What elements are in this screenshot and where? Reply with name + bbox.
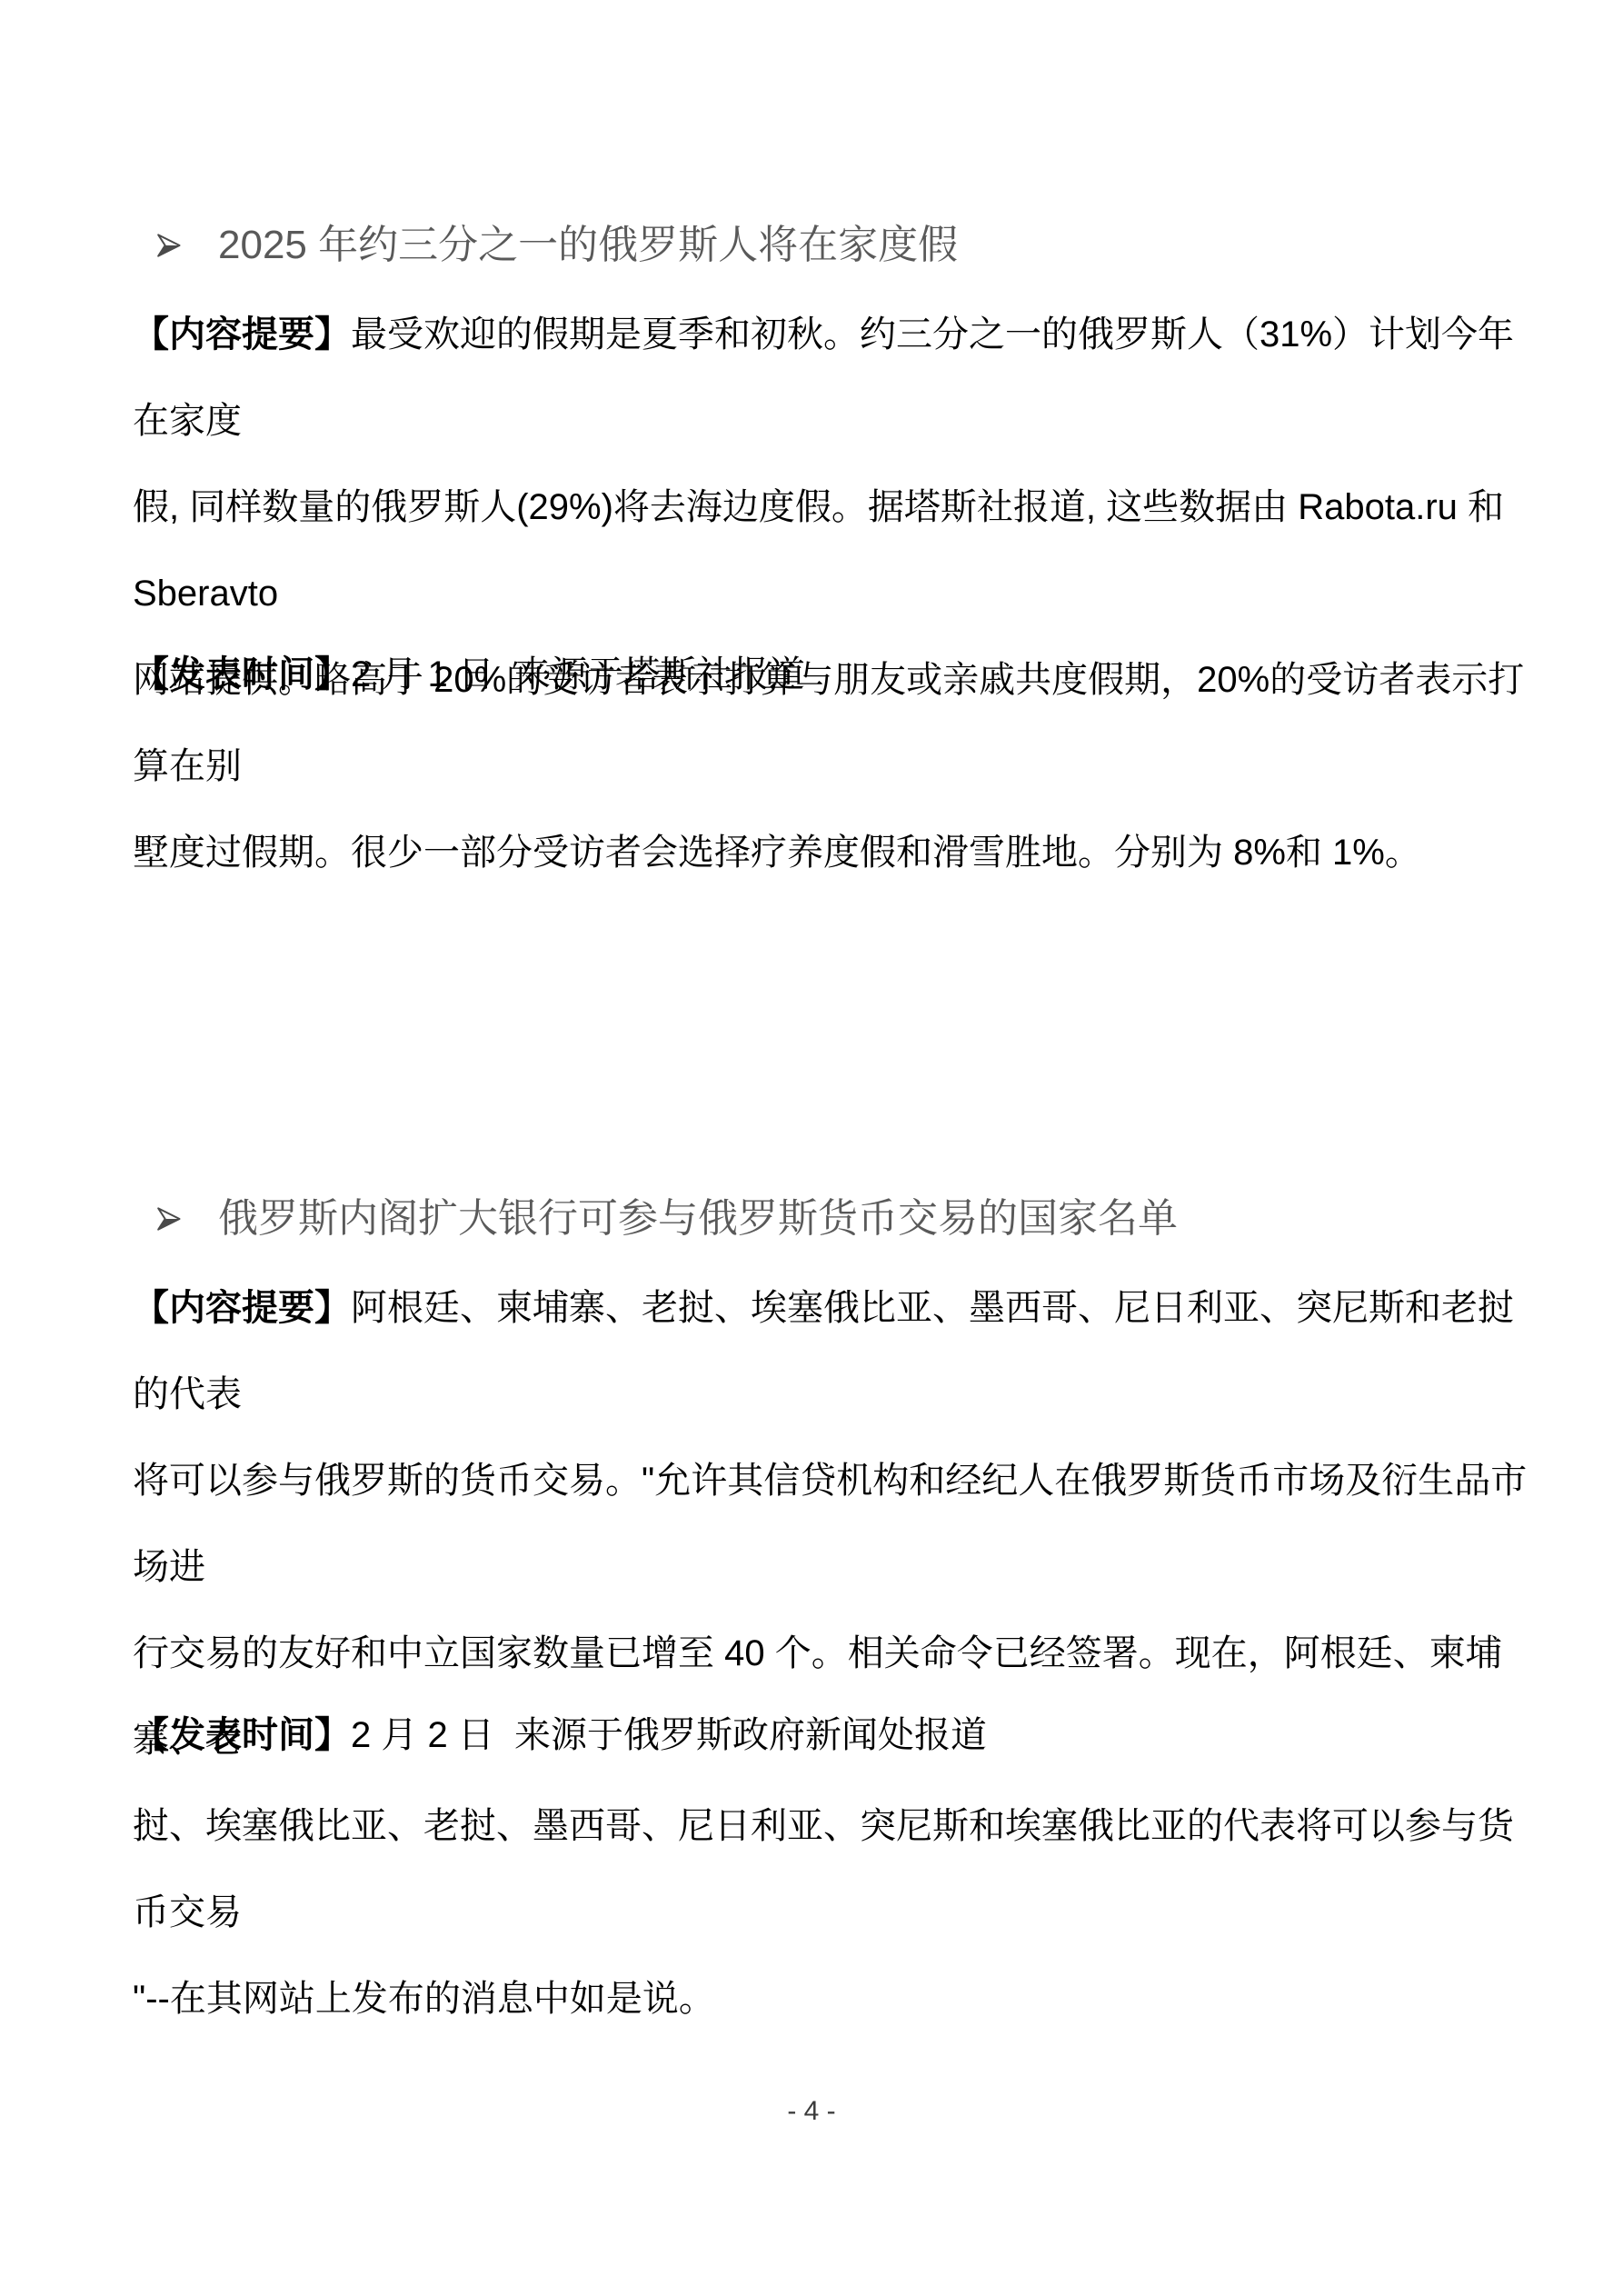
section-heading-text: 俄罗斯内阁扩大银行可参与俄罗斯货币交易的国家名单 — [218, 1193, 1178, 1243]
section-heading-2: 俄罗斯内阁扩大银行可参与俄罗斯货币交易的国家名单 — [133, 1193, 1525, 1243]
page-number: - 4 - — [0, 2095, 1623, 2128]
publish-label: 【发表时间】 — [133, 654, 351, 694]
section-heading-1: 2025 年约三分之一的俄罗斯人将在家度假 — [133, 220, 1525, 270]
publish-text: 2 月 1 日 来源于塔斯社报道 — [351, 654, 805, 694]
summary-paragraph: 【内容提要】最受欢迎的假期是夏季和初秋。约三分之一的俄罗斯人（31%）计划今年在… — [133, 292, 1528, 896]
publish-label: 【发表时间】 — [133, 1715, 351, 1755]
document-page: 2025 年约三分之一的俄罗斯人将在家度假 【内容提要】最受欢迎的假期是夏季和初… — [0, 0, 1623, 2296]
summary-body: 最受欢迎的假期是夏季和初秋。约三分之一的俄罗斯人（31%）计划今年在家度 假, … — [133, 314, 1524, 873]
arrow-bullet-icon — [154, 232, 182, 259]
publish-text: 2 月 2 日 来源于俄罗斯政府新闻处报道 — [351, 1715, 987, 1755]
summary-label: 【内容提要】 — [133, 1288, 351, 1328]
summary-body: 阿根廷、柬埔寨、老挝、埃塞俄比亚、墨西哥、尼日利亚、突尼斯和老挝的代表 将可以参… — [133, 1288, 1527, 2019]
summary-label: 【内容提要】 — [133, 314, 351, 354]
summary-paragraph: 【内容提要】阿根廷、柬埔寨、老挝、埃塞俄比亚、墨西哥、尼日利亚、突尼斯和老挝的代… — [133, 1265, 1528, 2042]
publish-line: 【发表时间】2 月 1 日 来源于塔斯社报道 — [133, 632, 1528, 718]
arrow-bullet-icon — [154, 1205, 182, 1233]
section-heading-text: 2025 年约三分之一的俄罗斯人将在家度假 — [218, 220, 958, 270]
publish-line: 【发表时间】2 月 2 日 来源于俄罗斯政府新闻处报道 — [133, 1692, 1528, 1779]
